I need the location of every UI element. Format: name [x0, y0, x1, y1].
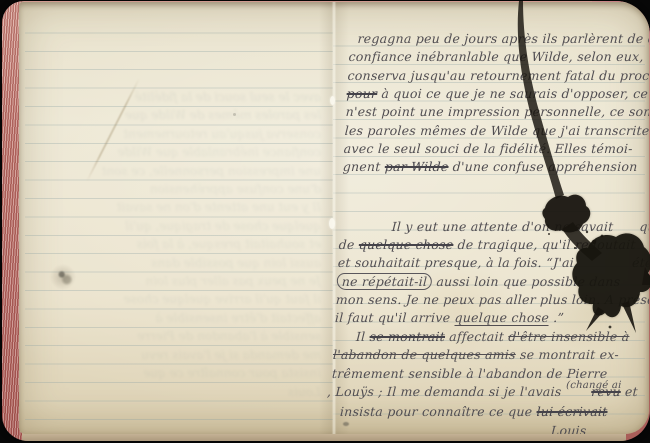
ghost-line: conserva jusqu'au retournement [55, 125, 321, 143]
manuscript-segment: pour [346, 86, 377, 101]
manuscript-segment: insista pour connaître ce que [340, 404, 537, 419]
manuscript-segment: quoi, [639, 219, 649, 234]
manuscript-line: insista pour connaître ce que lui écriva… [339, 403, 630, 421]
paper-spread: avec le seul souci de la fidélitéles par… [19, 2, 649, 434]
manuscript-segment: Il y eut une attente d'on ne savait [391, 219, 614, 234]
manuscript-line: l'abandon de quelques amis se montrait e… [332, 346, 633, 364]
ghost-line: Louis [55, 383, 321, 401]
manuscript-line: ne répétait-il aussi loin que possible d… [336, 273, 637, 291]
manuscript-line: regagna peu de jours après ils parlèrent… [357, 30, 649, 48]
manuscript-line: Il se montrait affectait d'être insensib… [355, 328, 634, 346]
manuscript-segment: (changé ai [566, 377, 622, 395]
manuscript-segment: d'une confuse appréhension [448, 159, 638, 174]
manuscript-line: de quelque chose de tragique, qu'il redo… [338, 236, 639, 254]
ghost-line: d'une confuse appréhension [55, 180, 321, 198]
manuscript-line: , Louÿs ; Il me demanda si je l'avais (c… [326, 383, 631, 403]
manuscript-line: conserva jusqu'au retournement fatal du … [347, 67, 648, 85]
manuscript-segment: été [632, 255, 649, 270]
ghost-line: Je ne peux pas aller plus loin [55, 272, 321, 290]
ink-smudge-left-page [50, 264, 76, 290]
manuscript-line: mon sens. Je ne peux pas aller plus loin… [335, 291, 636, 309]
manuscript-segment: se montrait [369, 329, 445, 344]
manuscript-segment: mon sens. Je ne peux pas aller plus loin… [335, 292, 649, 307]
manuscript-segment: et souhaitait presque, à la fois. “J'ai [337, 255, 574, 270]
paper-nick [330, 96, 335, 105]
manuscript-segment: il faut qu'il arrive [335, 310, 455, 325]
manuscript-segment: à quoi ce que je ne saurais d'opposer, c… [377, 86, 649, 101]
manuscript-segment: , Louÿs ; Il me demanda si je l'avais [327, 384, 566, 399]
manuscript-segment: de [338, 237, 359, 252]
manuscript-segment: conserva jusqu'au retournement fatal du … [347, 68, 649, 83]
manuscript-line: confiance inébranlable que Wilde, selon … [348, 48, 649, 66]
ghost-line: aussi loin que possible dans [55, 254, 321, 272]
manuscript-segment: Louis [551, 423, 587, 434]
ghost-line: insista pour connaître ce que [55, 364, 321, 382]
ghost-line: sensible à l'abandon de Pierre [55, 327, 321, 345]
ghost-line: et souhaitait presque, à la fois [55, 235, 321, 253]
manuscript-segment: lui écrivait [536, 404, 608, 419]
notebook: avec le seul souci de la fidélitéles par… [2, 1, 650, 441]
manuscript-segment: n'est point une impression personnelle, … [345, 104, 649, 119]
manuscript-segment: se montrait ex- [515, 347, 619, 362]
manuscript-segment: regagna peu de jours après ils parlèrent… [357, 31, 649, 46]
show-through-ghost-text: avec le seul souci de la fidélitéles par… [55, 88, 321, 401]
manuscript-segment: et [620, 384, 638, 399]
manuscript-line: et souhaitait presque, à la fois. “J'aié… [337, 254, 638, 272]
ghost-line: Il y eut une attente d'on ne savait [55, 198, 321, 216]
manuscript-segment: les paroles mêmes de Wilde que j'ai tran… [344, 123, 649, 138]
manuscript-line: pour à quoi ce que je ne saurais d'oppos… [346, 85, 647, 103]
manuscript-segment: quelque chose [454, 310, 549, 326]
manuscript-segment: aussi loin que possible dans [432, 274, 621, 289]
ghost-line: me demanda si je l'avais revu [55, 346, 321, 364]
ghost-line: affectait d'être insensible à [55, 309, 321, 327]
manuscript-line: il faut qu'il arrive quelque chose .” [334, 309, 635, 327]
manuscript-segment: gnent [342, 159, 385, 174]
manuscript-segment: par Wilde [384, 159, 448, 174]
manuscript-line: n'est point une impression personnelle, … [345, 103, 646, 121]
manuscript-segment: avec le seul souci de la fidélité. Elles… [343, 141, 633, 156]
manuscript-segment: ne répétait-il [336, 273, 432, 290]
manuscript-segment: de tragique, qu'il redoutait [453, 237, 636, 252]
manuscript-segment: quelque chose [358, 237, 453, 252]
ghost-line: il faut qu'il arrive quelque chose [55, 290, 321, 308]
ghost-line: quelque chose de tragique, qu'il [55, 217, 321, 235]
manuscript-line: Louis [551, 422, 630, 434]
scanned-notebook-spread: avec le seul souci de la fidélitéles par… [0, 0, 650, 443]
ghost-line: avec le seul souci de la fidélité [55, 88, 321, 106]
manuscript-segment: Il [356, 329, 370, 344]
manuscript-segment: confiance inébranlable que Wilde, selon … [348, 49, 644, 64]
manuscript-line: gnent par Wilde d'une confuse appréhensi… [342, 158, 643, 176]
paper-nick [329, 218, 335, 229]
manuscript-segment: .” [549, 310, 565, 325]
ghost-line: les paroles mêmes de Wilde que [55, 106, 321, 124]
manuscript-line: les paroles mêmes de Wilde que j'ai tran… [344, 122, 645, 140]
ghost-line: confiance inébranlable que Wilde [55, 143, 321, 161]
handwriting: regagna peu de jours après ils parlèrent… [329, 30, 649, 434]
manuscript-segment: affectait [445, 329, 509, 344]
manuscript-line: avec le seul souci de la fidélité. Elles… [343, 140, 644, 158]
paper-speck [233, 113, 236, 116]
manuscript-segment: d'être insensible à [508, 329, 630, 344]
manuscript-segment: l'abandon de quelques amis [333, 347, 517, 362]
manuscript-line: Il y eut une attente d'on ne savaitquoi, [391, 218, 640, 236]
